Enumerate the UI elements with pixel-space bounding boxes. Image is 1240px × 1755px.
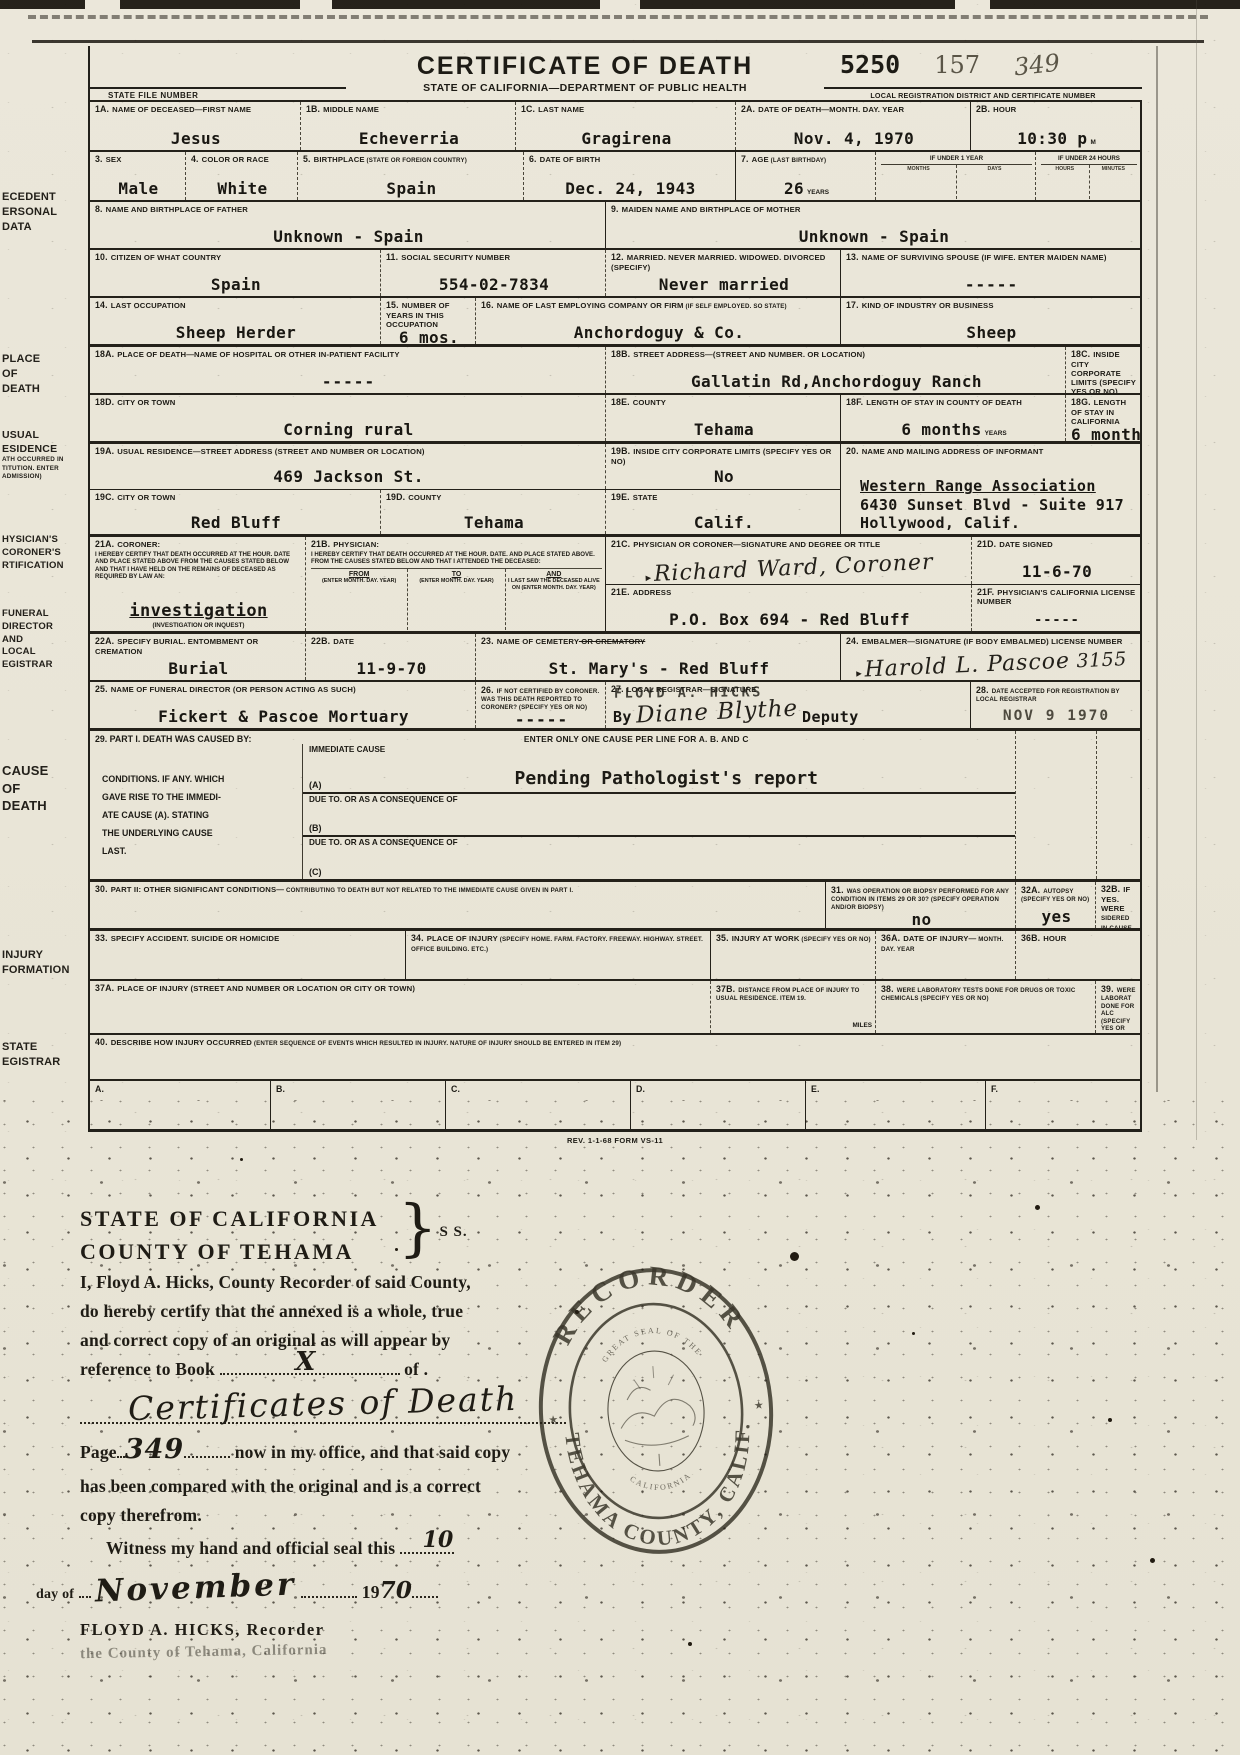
- field-number: 36A.: [881, 933, 900, 943]
- field-box-pair-label: IF UNDER 1 YEAR: [881, 154, 1032, 162]
- field-label-text: PHYSICIAN'S CALIFORNIA LICENSE NUMBER: [977, 588, 1135, 607]
- subcolumn-title: FROM: [313, 571, 405, 578]
- field-18a: 18A.PLACE OF DEATH—NAME OF HOSPITAL OR O…: [90, 347, 605, 393]
- field-40-label: 40.DESCRIBE HOW INJURY OCCURRED (ENTER S…: [95, 1037, 1137, 1048]
- field-18e: 18E.COUNTYTehama: [605, 395, 840, 441]
- row-occupation: 14.LAST OCCUPATIONSheep Herder15.NUMBER …: [90, 296, 1140, 344]
- field-17: 17.KIND OF INDUSTRY OR BUSINESSSheep: [840, 298, 1140, 344]
- pair-box: MONTHS: [881, 165, 956, 199]
- field-number: F.: [991, 1084, 998, 1094]
- field-33: 33.SPECIFY ACCIDENT. SUICIDE OR HOMICIDE: [90, 931, 405, 979]
- field-15-label: 15.NUMBER OF YEARS IN THIS OCCUPATION: [386, 300, 472, 329]
- row-certification-21: 21A.CORONER:I HEREBY CERTIFY THAT DEATH …: [90, 534, 1140, 631]
- margin-fine-line: ATH OCCURRED IN: [2, 456, 86, 464]
- field-number: 21F.: [977, 587, 994, 597]
- field-label-text: NAME OF CEMETERY: [497, 637, 579, 646]
- conditions-line: CONDITIONS. IF ANY. WHICH: [102, 770, 298, 788]
- field-number: 39.: [1101, 984, 1114, 994]
- field-label-text: DISTANCE FROM PLACE OF INJURY TO USUAL R…: [716, 987, 860, 1002]
- field-number: 36B.: [1021, 933, 1040, 943]
- field-label-text: SPECIFY BURIAL. ENTOMBMENT OR CREMATION: [95, 637, 258, 656]
- field-label-text: HOUR: [1043, 934, 1066, 943]
- field-label-text: KIND OF INDUSTRY OR BUSINESS: [862, 301, 994, 310]
- field-23-value: St. Mary's - Red Bluff: [481, 660, 837, 679]
- registration-numbers: 5250 157 349: [824, 46, 1142, 81]
- svg-text:RECORDER: RECORDER: [542, 1253, 754, 1351]
- margin-label-line: FUNERAL: [2, 608, 86, 621]
- field-label-text: CORONER:: [117, 540, 160, 549]
- field-6: 6.DATE OF BIRTHDec. 24, 1943: [523, 152, 735, 200]
- field-21c: 21C.PHYSICIAN OR CORONER—SIGNATURE AND D…: [606, 537, 971, 584]
- field-5: 5.BIRTHPLACE (STATE OR FOREIGN COUNTRY)S…: [297, 152, 523, 200]
- field-number: 40.: [95, 1037, 108, 1047]
- field-20-values: Western Range Association6430 Sunset Blv…: [846, 478, 1137, 533]
- field-1b: 1B.MIDDLE NAMEEcheverria: [300, 102, 515, 150]
- field-label-text: LENGTH OF STAY IN COUNTY OF DEATH: [866, 398, 1022, 407]
- field-label-text: PLACE OF INJURY (STREET AND NUMBER OR LO…: [117, 984, 415, 993]
- ink-speck: [1108, 1418, 1112, 1422]
- field-sublabel: (STATE OR FOREIGN COUNTRY): [365, 157, 467, 164]
- address-row: 21E.ADDRESSP.O. Box 694 - Red Bluff21F.P…: [606, 584, 1140, 632]
- field-12-value: Never married: [611, 276, 837, 295]
- field-31: 31.WAS OPERATION OR BIOPSY PERFORMED FOR…: [825, 882, 1015, 928]
- field-4-label: 4.COLOR OR RACE: [191, 154, 294, 165]
- field-9-value: Unknown - Spain: [611, 228, 1137, 247]
- field-label-text: LAST NAME: [538, 105, 584, 114]
- field-3-label: 3.SEX: [95, 154, 182, 165]
- field-21b-fine-print: I HEREBY CERTIFY THAT DEATH OCCURRED AT …: [311, 551, 602, 566]
- field-box: IF UNDER 1 YEARMONTHSDAYS: [875, 152, 1035, 200]
- field-27: 27.LOCAL REGISTRAR—SIGNATUREFLOYD A. HIC…: [605, 682, 970, 728]
- field-2b-value: 10:30 pM: [976, 130, 1137, 149]
- cert-body-5: copy therefrom.: [80, 1501, 566, 1530]
- field-label-text: DATE SIGNED: [999, 540, 1053, 549]
- field-20-value-line: 6430 Sunset Blvd - Suite 917: [846, 497, 1137, 515]
- cause-conditions-note: CONDITIONS. IF ANY. WHICHGAVE RISE TO TH…: [90, 744, 302, 879]
- field-label-text: USUAL RESIDENCE—STREET ADDRESS (STREET A…: [117, 447, 424, 456]
- field-number: D.: [636, 1084, 645, 1094]
- field-19a: 19A.USUAL RESIDENCE—STREET ADDRESS (STRE…: [90, 444, 605, 489]
- field-2b: 2B.HOUR10:30 pM: [970, 102, 1140, 150]
- field-13-label: 13.NAME OF SURVIVING SPOUSE (IF WIFE. EN…: [846, 252, 1137, 263]
- field-26-label: 26.IF NOT CERTIFIED BY CORONER. WAS THIS…: [481, 685, 602, 711]
- field-number: 19C.: [95, 492, 114, 502]
- tehama-county-recorder-seal: RECORDER TEHAMA COUNTY, CALIF. GREAT SEA…: [518, 1249, 795, 1572]
- field-21f: 21F.PHYSICIAN'S CALIFORNIA LICENSE NUMBE…: [971, 585, 1140, 632]
- margin-label-hysician's: HYSICIAN'SCORONER'SRTIFICATION: [2, 534, 86, 572]
- field-14-value: Sheep Herder: [95, 324, 377, 343]
- field-11-value: 554-02-7834: [386, 276, 602, 295]
- field-3: 3.SEXMale: [90, 152, 185, 200]
- field-18f: 18F.LENGTH OF STAY IN COUNTY OF DEATH6 m…: [840, 395, 1065, 441]
- field-23: 23.NAME OF CEMETERY OR CREMATORYSt. Mary…: [475, 634, 840, 680]
- field-18d-label: 18D.CITY OR TOWN: [95, 397, 602, 408]
- field-18c: 18C.INSIDE CITY CORPORATE LIMITS (SPECIF…: [1065, 347, 1140, 393]
- registration-number-block: 5250 157 349 LOCAL REGISTRATION DISTRICT…: [824, 46, 1142, 100]
- field-number: 12.: [611, 252, 624, 262]
- field-label-text: DATE ACCEPTED FOR REGISTRATION BY LOCAL …: [976, 688, 1120, 703]
- subcolumn: ANDI LAST SAW THE DECEASED ALIVE ON (ENT…: [505, 569, 602, 630]
- book-blank: X: [220, 1359, 400, 1375]
- district-number: 5250: [840, 50, 900, 79]
- margin-label-line: RTIFICATION: [2, 560, 86, 573]
- field-number: 8.: [95, 204, 103, 214]
- field-1b-label: 1B.MIDDLE NAME: [306, 104, 512, 115]
- field-1b-value: Echeverria: [306, 130, 512, 149]
- field-number: 28.: [976, 685, 989, 695]
- field-label-text: INSIDE CITY CORPORATE LIMITS (SPECIFY YE…: [611, 447, 831, 466]
- field-label-text: NAME OF FUNERAL DIRECTOR (OR PERSON ACTI…: [111, 685, 356, 694]
- margin-label-line: FORMATION: [2, 963, 86, 978]
- field-number: 22A.: [95, 636, 114, 646]
- row-injury-1: 33.SPECIFY ACCIDENT. SUICIDE OR HOMICIDE…: [90, 928, 1140, 979]
- field-22b-value: 11-9-70: [311, 660, 472, 679]
- cert-state-line: STATE OF CALIFORNIA: [80, 1202, 566, 1235]
- field-number: 7.: [741, 154, 749, 164]
- ink-speck: [912, 1332, 915, 1335]
- margin-label-state: STATEEGISTRAR: [2, 1040, 86, 1070]
- field-18c-label: 18C.INSIDE CITY CORPORATE LIMITS (SPECIF…: [1071, 349, 1137, 393]
- certificate-number-1: 157: [934, 51, 980, 79]
- field-label-text: BIRTHPLACE: [314, 155, 365, 164]
- field-sublabel: CONTRIBUTING TO DEATH BUT NOT RELATED TO…: [284, 887, 573, 894]
- field-4-value: White: [191, 180, 294, 199]
- field-32b: 32B.IF YES. WERE SIDERED IN CAUSE OF DEA…: [1095, 882, 1140, 928]
- field-6-label: 6.DATE OF BIRTH: [529, 154, 732, 165]
- field-number: 19A.: [95, 446, 114, 456]
- cause-header: 29. PART I. DEATH WAS CAUSED BY:ENTER ON…: [90, 731, 1015, 744]
- cause-b-line: (B): [309, 804, 1011, 836]
- margin-label-ecedent: ECEDENTERSONALDATA: [2, 190, 86, 235]
- field-label-text: LAST OCCUPATION: [111, 301, 186, 310]
- handwritten-book-title: Certificates of Death: [127, 1380, 518, 1427]
- field-19e-label: 19E.STATE: [611, 492, 837, 503]
- field-21a-caption: (INVESTIGATION OR INQUEST): [95, 622, 302, 630]
- field-number: 33.: [95, 933, 108, 943]
- cause-line-a: IMMEDIATE CAUSE(A)Pending Pathologist's …: [303, 744, 1015, 792]
- field-label-text: STREET ADDRESS—(STREET AND NUMBER. OR LO…: [633, 350, 865, 359]
- field-number: 35.: [716, 933, 729, 943]
- field-10: 10.CITIZEN OF WHAT COUNTRYSpain: [90, 250, 380, 296]
- field-13: 13.NAME OF SURVIVING SPOUSE (IF WIFE. EN…: [840, 250, 1140, 296]
- state-file-number-label: STATE FILE NUMBER: [90, 89, 346, 100]
- field-36a: 36A.DATE OF INJURY— MONTH. DAY. YEAR: [875, 931, 1015, 979]
- ink-speck: [395, 1248, 398, 1251]
- field-box-pair-boxes: MONTHSDAYS: [881, 164, 1032, 199]
- license-number: 3155: [1070, 648, 1128, 672]
- page-subtitle: STATE OF CALIFORNIA—DEPARTMENT OF PUBLIC…: [346, 82, 824, 94]
- residence-street-row: 19A.USUAL RESIDENCE—STREET ADDRESS (STRE…: [90, 444, 840, 489]
- svg-text:GREAT SEAL OF THE: GREAT SEAL OF THE: [598, 1322, 704, 1364]
- field-40: 40.DESCRIBE HOW INJURY OCCURRED (ENTER S…: [90, 1035, 1140, 1079]
- field-label-text: IF NOT CERTIFIED BY CORONER. WAS THIS DE…: [481, 688, 599, 711]
- field-label-text: INJURY AT WORK: [732, 934, 800, 943]
- field-37b-label: 37B.DISTANCE FROM PLACE OF INJURY TO USU…: [716, 984, 872, 1003]
- subcolumn: TO(ENTER MONTH. DAY. YEAR): [407, 569, 504, 630]
- field-18d: 18D.CITY OR TOWNCorning rural: [90, 395, 605, 441]
- margin-label-line: USUAL: [2, 428, 86, 442]
- field-21d-value: 11-6-70: [977, 563, 1137, 582]
- field-number: 18G.: [1071, 397, 1091, 407]
- certificate-number-2: 349: [1013, 49, 1061, 82]
- field-27-value: ByDiane BlytheDeputy: [611, 700, 967, 727]
- field-22b-label: 22B.DATE: [311, 636, 472, 647]
- field-10-label: 10.CITIZEN OF WHAT COUNTRY: [95, 252, 377, 263]
- cert-county-line: COUNTY OF TEHAMA: [80, 1235, 566, 1268]
- conditions-line: LAST.: [102, 842, 298, 860]
- row-citizen: 10.CITIZEN OF WHAT COUNTRYSpain11.SOCIAL…: [90, 248, 1140, 296]
- field-32a-value: yes: [1021, 908, 1092, 927]
- title-block: CERTIFICATE OF DEATH STATE OF CALIFORNIA…: [346, 46, 824, 100]
- immediate-cause-label: IMMEDIATE CAUSE: [309, 745, 1011, 754]
- field-label-text: WAS OPERATION OR BIOPSY PERFORMED FOR AN…: [831, 888, 1009, 911]
- margin-label-line: STATE: [2, 1040, 86, 1055]
- field-label-text: NAME OF DECEASED—FIRST NAME: [112, 105, 251, 114]
- field-24: 24.EMBALMER—SIGNATURE (IF BODY EMBALMED)…: [840, 634, 1140, 680]
- field-label-text: SOCIAL SECURITY NUMBER: [401, 253, 510, 262]
- field-label-text: COUNTY: [408, 493, 441, 502]
- field-9: 9.MAIDEN NAME AND BIRTHPLACE OF MOTHERUn…: [605, 202, 1140, 248]
- field-b-label: B.: [276, 1084, 442, 1095]
- cert-body-4: has been compared with the original and …: [80, 1472, 566, 1501]
- field-21b: 21B.PHYSICIAN:I HEREBY CERTIFY THAT DEAT…: [305, 537, 605, 631]
- field-number: 25.: [95, 684, 108, 694]
- field-label-text: HOUR: [993, 105, 1016, 114]
- field-number: 5.: [303, 154, 311, 164]
- field-number: 19D.: [386, 492, 405, 502]
- field-22a-value: Burial: [95, 660, 302, 679]
- field-label-text: STATE: [633, 493, 658, 502]
- field-sublabel: SIDERED IN CAUSE OF DEATH? (SPECI: [1101, 915, 1132, 928]
- field-number: 18C.: [1071, 349, 1090, 359]
- margin-label-cause: CAUSEOFDEATH: [2, 762, 86, 815]
- residence-city-row: 19C.CITY OR TOWNRed Bluff19D.COUNTYTeham…: [90, 489, 840, 535]
- cert-body-2: do hereby certify that the annexed is a …: [80, 1297, 566, 1326]
- field-9-label: 9.MAIDEN NAME AND BIRTHPLACE OF MOTHER: [611, 204, 1137, 215]
- county-recorder-certification: STATE OF CALIFORNIA COUNTY OF TEHAMA } S…: [80, 1202, 566, 1659]
- row-injury-2: 37A.PLACE OF INJURY (STREET AND NUMBER O…: [90, 979, 1140, 1033]
- page-title: CERTIFICATE OF DEATH: [346, 52, 824, 81]
- field-label-text: PHYSICIAN:: [333, 540, 379, 549]
- field-number: 18A.: [95, 349, 114, 359]
- field-number: A.: [95, 1084, 104, 1094]
- margin-label-line: ECEDENT: [2, 190, 86, 205]
- row-cause-of-death: 29. PART I. DEATH WAS CAUSED BY:ENTER ON…: [90, 728, 1140, 879]
- field-18b: 18B.STREET ADDRESS—(STREET AND NUMBER. O…: [605, 347, 1065, 393]
- margin-label-line: CORONER'S: [2, 547, 86, 560]
- handwritten-month: November: [94, 1559, 297, 1617]
- field-31-label: 31.WAS OPERATION OR BIOPSY PERFORMED FOR…: [831, 885, 1012, 911]
- unit-label: YEARS: [807, 189, 829, 196]
- field-7-label: 7.AGE (LAST BIRTHDAY): [741, 154, 872, 165]
- field-18f-value: 6 monthsYEARS: [846, 421, 1062, 440]
- field-number: 38.: [881, 984, 894, 994]
- top-rule: [32, 40, 1204, 43]
- field-21a: 21A.CORONER:I HEREBY CERTIFY THAT DEATH …: [90, 537, 305, 631]
- field-28: 28.DATE ACCEPTED FOR REGISTRATION BY LOC…: [970, 682, 1140, 728]
- field-16-value: Anchordoguy & Co.: [481, 324, 837, 343]
- subcolumn: FROM(ENTER MONTH. DAY. YEAR): [311, 569, 407, 630]
- field-18b-value: Gallatin Rd,Anchordoguy Ranch: [611, 373, 1062, 392]
- field-10-value: Spain: [95, 276, 377, 295]
- field-24-value: ▸Harold L. Pascoe 3155: [846, 647, 1138, 680]
- field-a-label: A.: [95, 1084, 267, 1095]
- margin-label-line: DIRECTOR: [2, 621, 86, 634]
- field-35: 35.INJURY AT WORK (SPECIFY YES OR NO): [710, 931, 875, 979]
- field-18g-value: 6 monthsYEARS: [1071, 426, 1137, 441]
- field-number: 37B.: [716, 984, 735, 994]
- margin-label-funeral: FUNERALDIRECTORANDLOCALEGISTRAR: [2, 608, 86, 672]
- field-label-text: COLOR OR RACE: [202, 155, 269, 164]
- cert-body-1: I, Floyd A. Hicks, County Recorder of sa…: [80, 1268, 566, 1297]
- field-number: 19B.: [611, 446, 630, 456]
- ink-speck: [688, 1642, 692, 1646]
- arrow-mark: ▸: [856, 667, 863, 680]
- margin-label-line: DATA: [2, 220, 86, 235]
- seal-graphic: RECORDER TEHAMA COUNTY, CALIF. GREAT SEA…: [518, 1249, 795, 1572]
- field-label-text-2: OTHER SIGNIFICANT CONDITIONS—: [141, 885, 284, 894]
- typed-text: Deputy: [802, 709, 859, 725]
- ink-speck: [1035, 1205, 1040, 1210]
- field-11: 11.SOCIAL SECURITY NUMBER554-02-7834: [380, 250, 605, 296]
- cause-line-c: DUE TO. OR AS A CONSEQUENCE OF(C): [303, 835, 1015, 879]
- field-7-value: 26YEARS: [741, 180, 872, 199]
- field-28-value: NOV 9 1970: [976, 709, 1137, 727]
- subcolumn-title: TO: [410, 571, 502, 578]
- conditions-line: GAVE RISE TO THE IMMEDI-: [102, 788, 298, 806]
- registration-label: LOCAL REGISTRATION DISTRICT AND CERTIFIC…: [824, 89, 1142, 100]
- field-2a-label: 2A.DATE OF DEATH—MONTH. DAY. YEAR: [741, 104, 967, 115]
- field-12: 12.MARRIED. NEVER MARRIED. WIDOWED. DIVO…: [605, 250, 840, 296]
- field-19c-value: Red Bluff: [95, 514, 377, 533]
- field-25-label: 25.NAME OF FUNERAL DIRECTOR (OR PERSON A…: [95, 684, 472, 695]
- field-number: 18B.: [611, 349, 630, 359]
- field-11-label: 11.SOCIAL SECURITY NUMBER: [386, 252, 602, 263]
- margin-label-line: EGISTRAR: [2, 659, 86, 672]
- row-usual-residence: 19A.USUAL RESIDENCE—STREET ADDRESS (STRE…: [90, 441, 1140, 534]
- field-39-label: 39.WERE LABORAT DONE FOR ALC (SPECIFY YE…: [1101, 984, 1137, 1033]
- field-number: 23.: [481, 636, 494, 646]
- field-39: 39.WERE LABORAT DONE FOR ALC (SPECIFY YE…: [1095, 981, 1140, 1033]
- field-21b-subcolumns: FROM(ENTER MONTH. DAY. YEAR)TO(ENTER MON…: [311, 568, 602, 630]
- field-number: 14.: [95, 300, 108, 310]
- recorder-faded-line: the County of Tehama, California: [80, 1638, 566, 1663]
- field-2a-value: Nov. 4, 1970: [741, 130, 967, 149]
- death-certificate-page: ECEDENTERSONALDATAPLACEOFDEATHUSUALESIDE…: [0, 0, 1240, 1755]
- field-6-value: Dec. 24, 1943: [529, 180, 732, 199]
- field-number: 21D.: [977, 539, 996, 549]
- margin-label-line: INJURY: [2, 948, 86, 963]
- cause-empty-strip-2: [1096, 731, 1140, 879]
- field-21a-value: investigation: [95, 602, 302, 622]
- field-c: C.: [445, 1081, 630, 1129]
- ink-speck: [1150, 1558, 1155, 1563]
- field-number: 11.: [386, 252, 398, 262]
- certificate-form: STATE FILE NUMBER CERTIFICATE OF DEATH S…: [88, 46, 1142, 1145]
- field-34: 34.PLACE OF INJURY (SPECIFY HOME. FARM. …: [405, 931, 710, 979]
- field-18f-label: 18F.LENGTH OF STAY IN COUNTY OF DEATH: [846, 397, 1062, 408]
- field-19d-label: 19D.COUNTY: [386, 492, 602, 503]
- field-box-pair-boxes: HOURSMINUTES: [1041, 164, 1137, 199]
- subcolumn-title: AND: [508, 571, 600, 578]
- ink-speck: [790, 1252, 799, 1261]
- cause-empty-strip-1: [1015, 731, 1096, 879]
- field-19c: 19C.CITY OR TOWNRed Bluff: [90, 490, 380, 535]
- field-37a: 37A.PLACE OF INJURY (STREET AND NUMBER O…: [90, 981, 710, 1033]
- unit-label: MILES: [852, 1022, 872, 1029]
- field-21c-value: ▸Richard Ward, Coroner: [611, 549, 969, 584]
- field-label-text: ADDRESS: [633, 588, 672, 597]
- field-label-text: DATE OF DEATH—MONTH. DAY. YEAR: [758, 105, 904, 114]
- field-number: 19E.: [611, 492, 630, 502]
- field-number: 22B.: [311, 636, 330, 646]
- field-5-value: Spain: [303, 180, 520, 199]
- field-f: F.: [985, 1081, 1140, 1129]
- field-19a-value: 469 Jackson St.: [95, 468, 602, 487]
- field-15: 15.NUMBER OF YEARS IN THIS OCCUPATION6 m…: [380, 298, 475, 344]
- subcolumn-caption: I LAST SAW THE DECEASED ALIVE ON (ENTER …: [508, 578, 600, 592]
- row-parents: 8.NAME AND BIRTHPLACE OF FATHERUnknown -…: [90, 200, 1140, 248]
- field-37b-unit: MILES: [716, 1013, 872, 1032]
- field-3-value: Male: [95, 180, 182, 199]
- field-25-value: Fickert & Pascoe Mortuary: [95, 708, 472, 727]
- field-26: 26.IF NOT CERTIFIED BY CORONER. WAS THIS…: [475, 682, 605, 728]
- field-12-label: 12.MARRIED. NEVER MARRIED. WIDOWED. DIVO…: [611, 252, 837, 272]
- field-number: 10.: [95, 252, 108, 262]
- field-26-value: -----: [481, 711, 602, 728]
- field-number: 13.: [846, 252, 859, 262]
- svg-text:★: ★: [548, 1414, 559, 1427]
- field-21e: 21E.ADDRESSP.O. Box 694 - Red Bluff: [606, 585, 971, 632]
- margin-label-line: AND: [2, 634, 86, 647]
- field-number: 6.: [529, 154, 537, 164]
- field-5-label: 5.BIRTHPLACE (STATE OR FOREIGN COUNTRY): [303, 154, 520, 165]
- field-4: 4.COLOR OR RACEWhite: [185, 152, 297, 200]
- arrow-mark: ▸: [645, 571, 652, 584]
- margin-label-line: DEATH: [2, 382, 86, 397]
- field-label-text: SPECIFY ACCIDENT. SUICIDE OR HOMICIDE: [111, 934, 280, 943]
- field-number: 20.: [846, 446, 859, 456]
- field-22a-label: 22A.SPECIFY BURIAL. ENTOMBMENT OR CREMAT…: [95, 636, 302, 656]
- field-19b-value: No: [611, 468, 837, 487]
- field-20-value-line: Western Range Association: [846, 478, 1137, 496]
- row-burial: 22A.SPECIFY BURIAL. ENTOMBMENT OR CREMAT…: [90, 631, 1140, 680]
- ss-mark: } S S.: [398, 1200, 468, 1256]
- field-e: E.: [805, 1081, 985, 1129]
- subcolumn-caption: (ENTER MONTH. DAY. YEAR): [313, 578, 405, 585]
- field-number: 26.: [481, 685, 494, 695]
- field-e-label: E.: [811, 1084, 982, 1095]
- field-1a-label: 1A.NAME OF DECEASED—FIRST NAME: [95, 104, 297, 115]
- cause-abc-lines: IMMEDIATE CAUSE(A)Pending Pathologist's …: [302, 744, 1015, 879]
- field-19d: 19D.COUNTYTehama: [380, 490, 605, 535]
- field-14-label: 14.LAST OCCUPATION: [95, 300, 377, 311]
- field-label-text: CITY OR TOWN: [117, 398, 175, 407]
- field-number: 32A.: [1021, 885, 1040, 895]
- field-15-value: 6 mos.: [386, 329, 472, 344]
- cert-page-line: Page349 now in my office, and that said …: [80, 1428, 566, 1473]
- field-18b-label: 18B.STREET ADDRESS—(STREET AND NUMBER. O…: [611, 349, 1062, 360]
- field-16: 16.NAME OF LAST EMPLOYING COMPANY OR FIR…: [475, 298, 840, 344]
- field-1c-label: 1C.LAST NAME: [521, 104, 732, 115]
- field-label-text: PHYSICIAN OR CORONER—SIGNATURE AND DEGRE…: [633, 540, 880, 549]
- field-19e-value: Calif.: [611, 514, 837, 533]
- field-18g: 18G.LENGTH OF STAY IN CALIFORNIA6 months…: [1065, 395, 1140, 441]
- field-sublabel: (SPECIFY YES OR NO): [800, 936, 871, 943]
- field-35-label: 35.INJURY AT WORK (SPECIFY YES OR NO): [716, 933, 872, 944]
- field-sublabel: (LAST BIRTHDAY): [769, 157, 827, 164]
- cert-dayof-line: day of November 1970: [80, 1563, 566, 1614]
